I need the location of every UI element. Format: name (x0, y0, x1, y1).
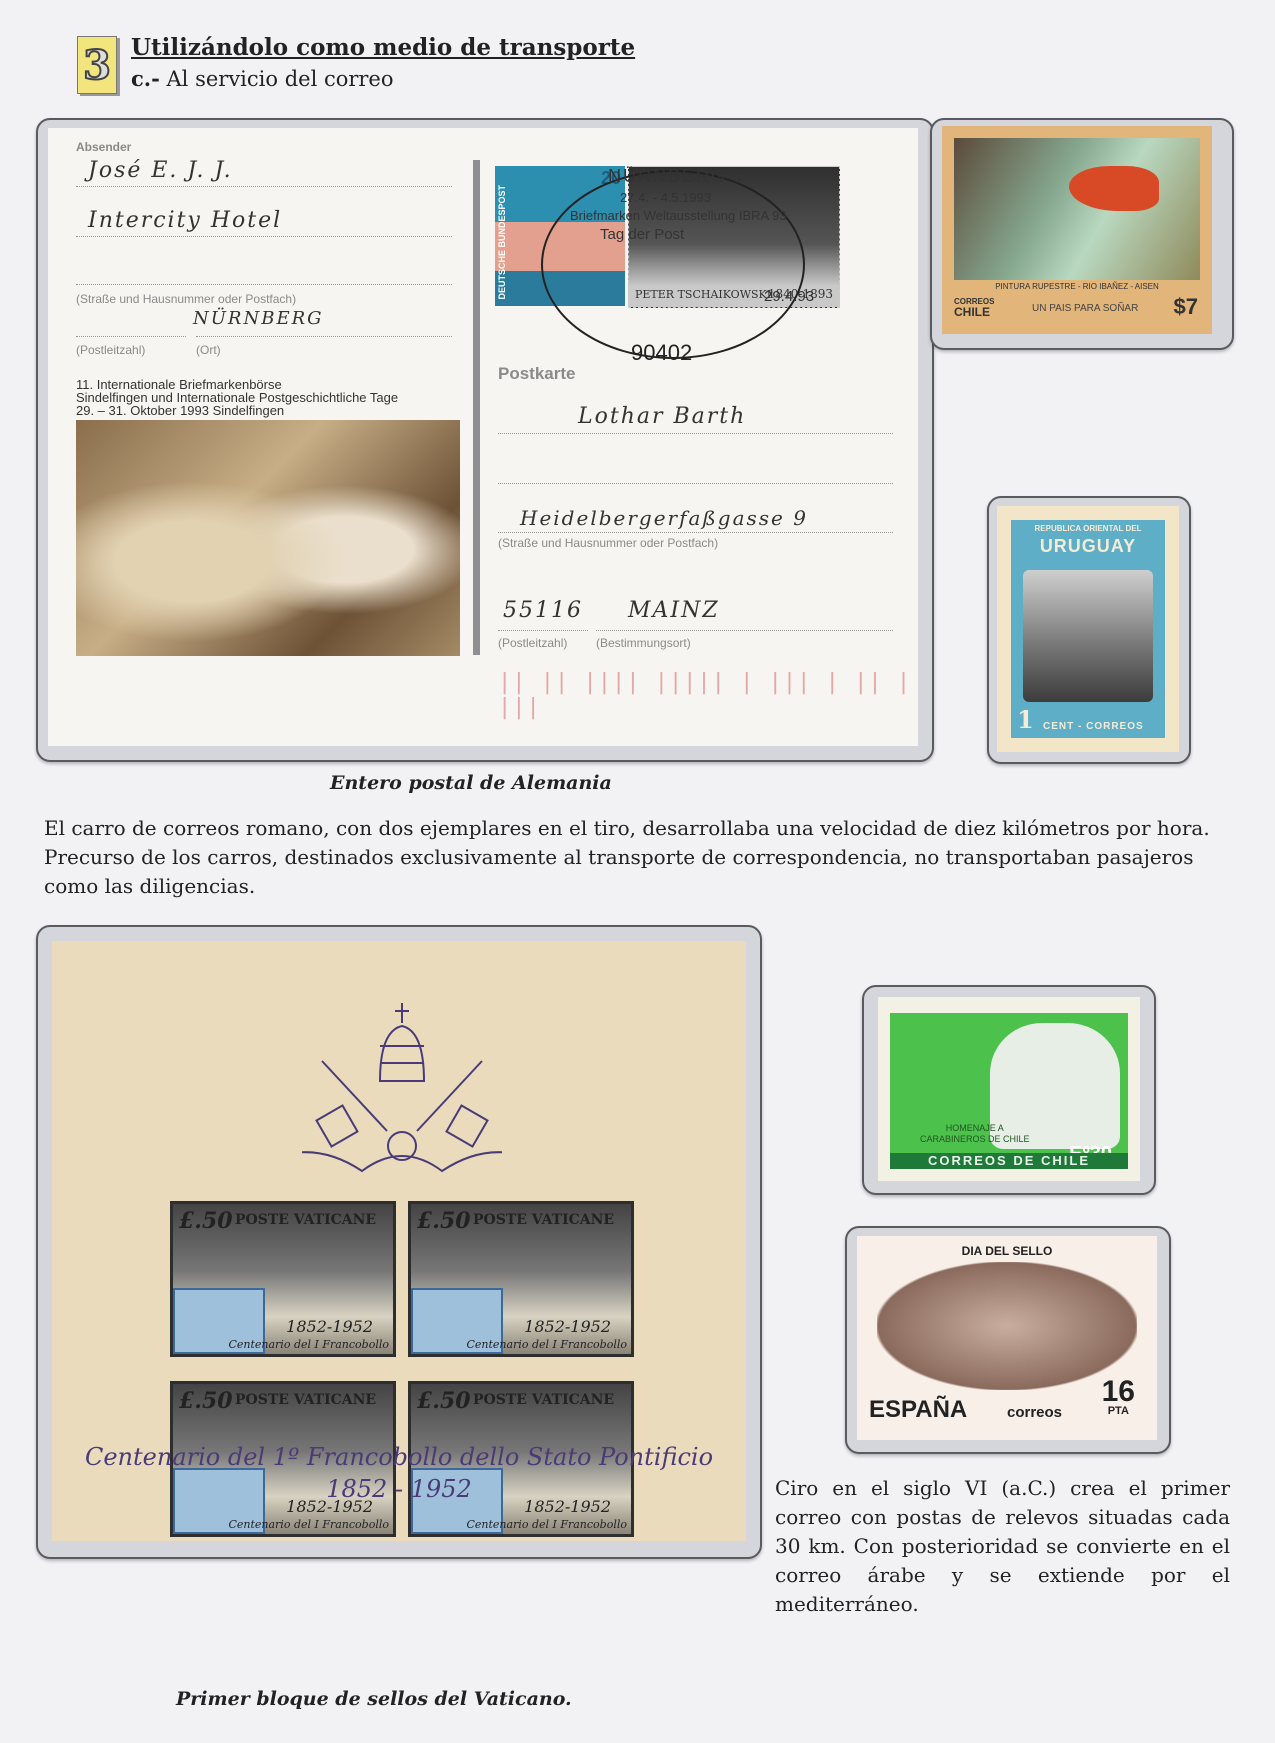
stamp-label: POSTE VATICANE (235, 1212, 376, 1228)
rock-painting-image (954, 138, 1200, 280)
postmark-city: NÜRNBERG 1 (608, 166, 746, 187)
postkarte-label: Postkarte (498, 364, 575, 384)
postmark-date: 29.4.93 (764, 288, 814, 305)
stamp-country: CORREOSCHILE (954, 296, 994, 318)
subtitle-prefix: c.- (131, 66, 160, 91)
horseman-scene-image (1023, 570, 1153, 702)
vatican-caption: Primer bloque de sellos del Vaticano. (176, 1688, 572, 1710)
stamp-design: HOMENAJE ACARABINEROS DE CHILE Eº30 (890, 1013, 1128, 1153)
stamp-years: 1852-1952 (524, 1317, 611, 1336)
sender-label: Absender (76, 140, 131, 154)
chile-carabineros-stamp: HOMENAJE ACARABINEROS DE CHILE Eº30 CORR… (878, 997, 1140, 1181)
divider-bar (473, 160, 480, 655)
stamp-value: 16PTA (1102, 1378, 1135, 1417)
place-label: (Ort) (196, 343, 221, 357)
spain-stamp-mount: DIA DEL SELLO ESPAÑA correos 16PTA (845, 1226, 1171, 1454)
vatican-souvenir-sheet: £.50 POSTE VATICANE 1852-1952 Centenario… (52, 941, 746, 1541)
vatican-stamp: £.50 POSTE VATICANE 1852-1952 Centenario… (408, 1201, 634, 1357)
vatican-stamp: £.50 POSTE VATICANE 1852-1952 Centenario… (170, 1201, 396, 1357)
stamp-label: POSTE VATICANE (473, 1392, 614, 1408)
stamp-value: £.50 (417, 1208, 471, 1234)
guanaco-figure (1069, 166, 1159, 211)
stamp-title: DIA DEL SELLO (857, 1244, 1157, 1258)
dotted-line (76, 336, 186, 337)
chile-rock-art-stamp-mount: PINTURA RUPESTRE - RIO IBAÑEZ - AISEN CO… (930, 118, 1234, 350)
postcard-caption: Entero postal de Alemania (330, 772, 612, 794)
stamp-value-number: 16 (1102, 1375, 1135, 1408)
roman-mail-cart-image (877, 1262, 1137, 1390)
chile-carabineros-stamp-mount: HOMENAJE ACARABINEROS DE CHILE Eº30 CORR… (862, 985, 1156, 1195)
recipient-place-label: (Bestimmungsort) (596, 636, 691, 650)
inscription-years: 1852 - 1952 (52, 1473, 746, 1505)
recipient-name: Lothar Barth (578, 404, 746, 429)
stamp-value: $7 (1174, 294, 1198, 320)
sender-city: NÜRNBERG (193, 308, 324, 329)
postmark-day: Tag der Post (600, 226, 684, 243)
event-line: 29. – 31. Oktober 1993 Sindelfingen (76, 404, 398, 417)
homage-line: CARABINEROS DE CHILE (920, 1134, 1030, 1145)
sender-line2: Intercity Hotel (88, 208, 282, 233)
dotted-line (76, 186, 452, 187)
stamp-centenary: Centenario del I Francobollo (228, 1518, 389, 1531)
dotted-line (498, 532, 893, 533)
section-number-badge: 3 (77, 36, 117, 94)
dotted-line (498, 630, 588, 631)
stamp-value: £.50 (179, 1388, 233, 1414)
stamp-label: POSTE VATICANE (473, 1212, 614, 1228)
dotted-line (196, 336, 452, 337)
stamp-years: 1852-1952 (286, 1317, 373, 1336)
page-title: Utilizándolo como medio de transporte (131, 34, 635, 61)
postmark-dates: 27.4. - 4.5.1993 (620, 190, 711, 205)
dotted-line (596, 630, 893, 631)
postcode-label: (Postleitzahl) (76, 343, 145, 357)
vatican-stamp-block: £.50 POSTE VATICANE 1852-1952 Centenario… (170, 1201, 644, 1561)
chile-rock-art-stamp: PINTURA RUPESTRE - RIO IBAÑEZ - AISEN CO… (942, 126, 1212, 334)
stamp-design: REPUBLICA ORIENTAL DEL URUGUAY 1 CENT - … (1011, 520, 1165, 738)
recipient-street: Heidelbergerfaßgasse 9 (520, 506, 808, 530)
dotted-line (498, 483, 893, 484)
stamp-label: POSTE VATICANE (235, 1392, 376, 1408)
sheet-inscription: Centenario del 1º Francobollo dello Stat… (52, 1441, 746, 1505)
recipient-city: MAINZ (628, 598, 720, 623)
stamp-value: £.50 (179, 1208, 233, 1234)
stamp-homage: HOMENAJE ACARABINEROS DE CHILE (920, 1123, 1030, 1145)
stamp-bottom-text: CENT - CORREOS (1043, 721, 1144, 732)
street-label: (Straße und Hausnummer oder Postfach) (76, 292, 296, 306)
stamp-country-name: CHILE (954, 307, 994, 318)
stamp-value: 1 (1017, 705, 1034, 734)
stamp-republic: REPUBLICA ORIENTAL DEL (1011, 524, 1165, 533)
stamp-centenary: Centenario del I Francobollo (466, 1338, 627, 1351)
stamp-country: ESPAÑA (869, 1396, 967, 1424)
ciro-paragraph: Ciro en el siglo VI (a.C.) crea el prime… (775, 1474, 1230, 1619)
postmark-event: Briefmarken Weltausstellung IBRA 93 (570, 208, 787, 223)
sender-name: José E. J. J. (88, 158, 233, 183)
stamp-country: DEUTSCHE BUNDESPOST (497, 185, 507, 300)
vatican-sheet-mount: £.50 POSTE VATICANE 1852-1952 Centenario… (36, 925, 762, 1559)
stamp-service: correos (1007, 1404, 1062, 1421)
postmark-zip: 90402 (631, 340, 692, 366)
page-subtitle: c.- Al servicio del correo (131, 66, 394, 91)
dotted-line (498, 433, 893, 434)
stamp-country: URUGUAY (1011, 536, 1165, 557)
uruguay-stamp: REPUBLICA ORIENTAL DEL URUGUAY 1 CENT - … (997, 506, 1179, 752)
recipient-street-label: (Straße und Hausnummer oder Postfach) (498, 536, 718, 550)
postal-barcode: || || |||| ||||| | ||| | || | ||| (498, 670, 918, 720)
stamp-value: £.50 (417, 1388, 471, 1414)
roman-mail-cart-relief-image (76, 420, 460, 656)
roman-cart-paragraph: El carro de correos romano, con dos ejem… (44, 814, 1244, 901)
homage-line: HOMENAJE A (920, 1123, 1030, 1134)
dotted-line (76, 236, 452, 237)
papal-tiara-crest-icon (302, 1001, 502, 1181)
uruguay-stamp-mount: REPUBLICA ORIENTAL DEL URUGUAY 1 CENT - … (987, 496, 1191, 764)
stamp-caption: PINTURA RUPESTRE - RIO IBAÑEZ - AISEN (954, 282, 1200, 291)
stamp-centenary: Centenario del I Francobollo (466, 1518, 627, 1531)
subtitle-text: Al servicio del correo (167, 67, 394, 91)
recipient-zip: 55116 (503, 598, 583, 623)
stamp-motto: UN PAIS PARA SOÑAR (1032, 303, 1138, 314)
postal-card: Absender José E. J. J. Intercity Hotel (… (48, 128, 918, 746)
recipient-zip-label: (Postleitzahl) (498, 636, 567, 650)
stamp-centenary: Centenario del I Francobollo (228, 1338, 389, 1351)
stamp-band: CORREOS DE CHILE (890, 1153, 1128, 1169)
dotted-line (76, 284, 452, 285)
spain-dia-del-sello-stamp: DIA DEL SELLO ESPAÑA correos 16PTA (857, 1236, 1157, 1440)
inscription-line: Centenario del 1º Francobollo dello Stat… (52, 1441, 746, 1473)
event-text: 11. Internationale Briefmarkenbörse Sind… (76, 378, 398, 417)
